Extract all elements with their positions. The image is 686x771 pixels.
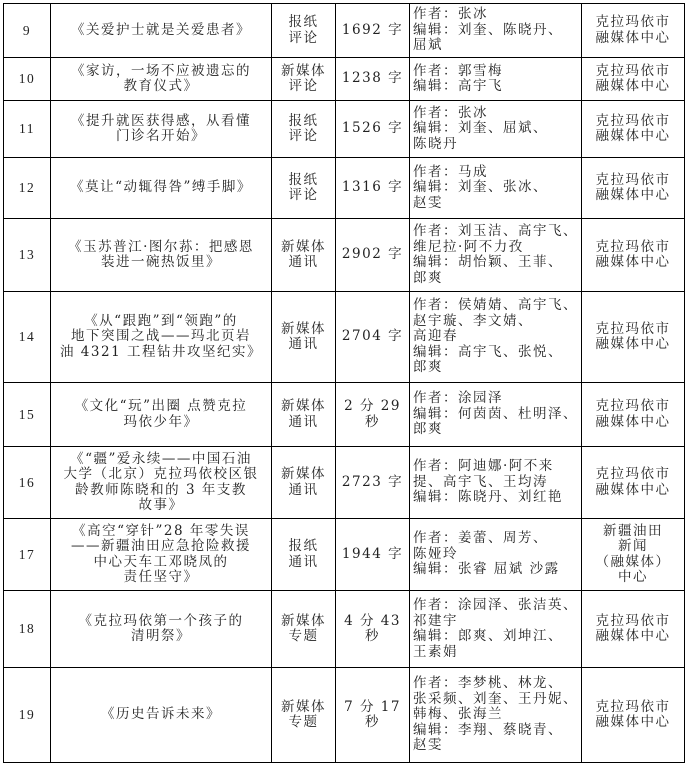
entry-title-line: 教育仪式》 xyxy=(54,79,268,95)
entry-genre-cell: 新媒体专题 xyxy=(272,591,336,668)
table-body: 9《关爱护士就是关爱患者》报纸评论1692 字作者：张冰编辑：刘奎、陈晓丹、屈斌… xyxy=(4,4,685,763)
entry-length-cell: 1944 字 xyxy=(336,519,410,591)
entry-genre-line: 评论 xyxy=(275,129,332,145)
entry-credits-line: 赵雯 xyxy=(413,738,578,754)
entry-credits-line: 作者：侯婧婧、高宇飞、 xyxy=(413,298,578,314)
entry-credits-line: 作者：郭雪梅 xyxy=(413,64,578,80)
entry-publisher-line: 克拉玛依市 xyxy=(585,322,681,338)
entry-credits-line: 编辑：胡怡颖、王菲、 xyxy=(413,255,578,271)
table-row: 19《历史告诉未来》新媒体专题7 分 17秒作者：李梦桃、林龙、张采频、刘奎、王… xyxy=(4,668,685,763)
entry-publisher-cell: 克拉玛依市融媒体中心 xyxy=(582,591,685,668)
entry-number-cell: 13 xyxy=(4,219,51,292)
entry-title-cell: 《从“跟跑”到“领跑”的地下突围之战——玛北页岩油 4321 工程钻井攻坚纪实》 xyxy=(51,292,272,383)
entry-credits-line: 作者：李梦桃、林龙、 xyxy=(413,676,578,692)
entry-length-line: 秒 xyxy=(339,715,406,731)
entry-publisher-cell: 克拉玛依市融媒体中心 xyxy=(582,292,685,383)
entry-title-cell: 《文化“玩”出圈 点赞克拉玛依少年》 xyxy=(51,383,272,447)
entry-credits-line: 陈晓丹 xyxy=(413,137,578,153)
entry-number-cell: 18 xyxy=(4,591,51,668)
entry-credits-line: 郎爽 xyxy=(413,271,578,287)
entry-title-cell: 《克拉玛依第一个孩子的清明祭》 xyxy=(51,591,272,668)
entry-credits-line: 王素娟 xyxy=(413,645,578,661)
entry-credits-cell: 作者：刘玉洁、高宇飞、维尼拉·阿不力孜编辑：胡怡颖、王菲、郎爽 xyxy=(410,219,582,292)
entry-title-cell: 《“疆”爱永续——中国石油大学（北京）克拉玛依校区银龄教师陈晓和的 3 年支教故… xyxy=(51,447,272,519)
entry-credits-line: 编辑：何茵茵、杜明泽、 xyxy=(413,407,578,423)
entry-credits-line: 郎爽 xyxy=(413,360,578,376)
award-table-page: 9《关爱护士就是关爱患者》报纸评论1692 字作者：张冰编辑：刘奎、陈晓丹、屈斌… xyxy=(3,3,685,763)
entry-length-line: 2 分 29 xyxy=(339,399,406,415)
entry-title-line: 故事》 xyxy=(54,498,268,514)
entry-title-line: 《家访，一场不应被遗忘的 xyxy=(54,64,268,80)
entry-title-cell: 《历史告诉未来》 xyxy=(51,668,272,763)
entry-genre-line: 新媒体 xyxy=(275,64,332,80)
table-row: 17《高空“穿针”28 年零失误——新疆油田应急抢险救援中心天车工邓晓凤的责任坚… xyxy=(4,519,685,591)
entry-publisher-line: 克拉玛依市 xyxy=(585,614,681,630)
entry-credits-cell: 作者：涂园泽、张洁英、祁建宇编辑：郎爽、刘坤江、王素娟 xyxy=(410,591,582,668)
entry-length-line: 秒 xyxy=(339,629,406,645)
entry-genre-line: 通讯 xyxy=(275,255,332,271)
entry-title-line: 责任坚守》 xyxy=(54,570,268,586)
entry-title-line: 《文化“玩”出圈 点赞克拉 xyxy=(54,399,268,415)
entry-genre-line: 新媒体 xyxy=(275,399,332,415)
entry-publisher-line: 克拉玛依市 xyxy=(585,114,681,130)
entry-credits-line: 郎爽 xyxy=(413,422,578,438)
entry-genre-line: 专题 xyxy=(275,715,332,731)
table-row: 11《提升就医获得感，从看懂门诊名开始》报纸评论1526 字作者：张冰编辑：刘奎… xyxy=(4,101,685,158)
award-entries-table: 9《关爱护士就是关爱患者》报纸评论1692 字作者：张冰编辑：刘奎、陈晓丹、屈斌… xyxy=(3,3,685,763)
entry-length-cell: 2902 字 xyxy=(336,219,410,292)
entry-title-line: 《提升就医获得感，从看懂 xyxy=(54,114,268,130)
entry-genre-line: 报纸 xyxy=(275,539,332,555)
entry-genre-line: 新媒体 xyxy=(275,614,332,630)
entry-number-cell: 14 xyxy=(4,292,51,383)
entry-genre-line: 通讯 xyxy=(275,555,332,571)
entry-publisher-line: 克拉玛依市 xyxy=(585,64,681,80)
entry-credits-line: 张采频、刘奎、王丹妮、 xyxy=(413,692,578,708)
entry-publisher-line: 融媒体中心 xyxy=(585,415,681,431)
entry-length-cell: 1526 字 xyxy=(336,101,410,158)
entry-title-cell: 《莫让“动辄得咎”缚手脚》 xyxy=(51,158,272,219)
entry-number-cell: 17 xyxy=(4,519,51,591)
entry-publisher-line: 融媒体中心 xyxy=(585,31,681,47)
entry-title-line: 《玉苏普江·图尔荪：把感恩 xyxy=(54,240,268,256)
entry-credits-line: 陈娅玲 xyxy=(413,547,578,563)
entry-length-line: 2723 字 xyxy=(339,475,406,491)
entry-genre-line: 新媒体 xyxy=(275,700,332,716)
entry-length-line: 1316 字 xyxy=(339,180,406,196)
entry-credits-line: 编辑：刘奎、张冰、 xyxy=(413,180,578,196)
entry-credits-line: 编辑：陈晓丹、刘红艳 xyxy=(413,490,578,506)
entry-genre-cell: 新媒体通讯 xyxy=(272,383,336,447)
entry-genre-line: 通讯 xyxy=(275,483,332,499)
entry-credits-line: 作者：姜蕾、周芳、 xyxy=(413,531,578,547)
entry-publisher-line: 中心 xyxy=(585,570,681,586)
entry-genre-cell: 报纸评论 xyxy=(272,4,336,58)
entry-title-line: 清明祭》 xyxy=(54,629,268,645)
entry-genre-cell: 报纸评论 xyxy=(272,158,336,219)
entry-genre-line: 评论 xyxy=(275,79,332,95)
entry-length-line: 1692 字 xyxy=(339,23,406,39)
entry-title-line: 《“疆”爱永续——中国石油 xyxy=(54,452,268,468)
entry-publisher-cell: 克拉玛依市融媒体中心 xyxy=(582,447,685,519)
entry-genre-cell: 新媒体通讯 xyxy=(272,292,336,383)
table-row: 12《莫让“动辄得咎”缚手脚》报纸评论1316 字作者：马成编辑：刘奎、张冰、赵… xyxy=(4,158,685,219)
table-row: 15《文化“玩”出圈 点赞克拉玛依少年》新媒体通讯2 分 29秒作者：涂园泽编辑… xyxy=(4,383,685,447)
entry-length-cell: 2704 字 xyxy=(336,292,410,383)
entry-title-line: 地下突围之战——玛北页岩 xyxy=(54,329,268,345)
entry-length-line: 1526 字 xyxy=(339,121,406,137)
entry-length-cell: 2 分 29秒 xyxy=(336,383,410,447)
entry-genre-line: 新媒体 xyxy=(275,240,332,256)
entry-publisher-cell: 克拉玛依市融媒体中心 xyxy=(582,158,685,219)
entry-credits-cell: 作者：李梦桃、林龙、张采频、刘奎、王丹妮、韩梅、张海兰编辑：李翔、蔡晓青、赵雯 xyxy=(410,668,582,763)
entry-publisher-cell: 克拉玛依市融媒体中心 xyxy=(582,668,685,763)
entry-publisher-line: 克拉玛依市 xyxy=(585,240,681,256)
entry-length-line: 4 分 43 xyxy=(339,614,406,630)
entry-length-line: 2902 字 xyxy=(339,247,406,263)
entry-credits-cell: 作者：郭雪梅编辑：高宇飞 xyxy=(410,58,582,101)
entry-genre-line: 评论 xyxy=(275,188,332,204)
entry-credits-line: 编辑：李翔、蔡晓青、 xyxy=(413,723,578,739)
entry-publisher-line: 融媒体中心 xyxy=(585,715,681,731)
entry-credits-line: 作者：马成 xyxy=(413,165,578,181)
entry-length-cell: 2723 字 xyxy=(336,447,410,519)
entry-credits-cell: 作者：张冰编辑：刘奎、陈晓丹、屈斌 xyxy=(410,4,582,58)
table-row: 10《家访，一场不应被遗忘的教育仪式》新媒体评论1238 字作者：郭雪梅编辑：高… xyxy=(4,58,685,101)
entry-title-line: 《从“跟跑”到“领跑”的 xyxy=(54,314,268,330)
table-row: 9《关爱护士就是关爱患者》报纸评论1692 字作者：张冰编辑：刘奎、陈晓丹、屈斌… xyxy=(4,4,685,58)
entry-title-line: 中心天车工邓晓凤的 xyxy=(54,555,268,571)
entry-length-line: 1238 字 xyxy=(339,71,406,87)
entry-length-line: 7 分 17 xyxy=(339,700,406,716)
entry-credits-line: 作者：张冰 xyxy=(413,7,578,23)
entry-title-line: 《高空“穿针”28 年零失误 xyxy=(54,524,268,540)
entry-publisher-line: 克拉玛依市 xyxy=(585,700,681,716)
entry-genre-line: 报纸 xyxy=(275,15,332,31)
entry-credits-line: 高迎春 xyxy=(413,329,578,345)
entry-credits-line: 编辑：高宇飞、张悦、 xyxy=(413,345,578,361)
table-row: 14《从“跟跑”到“领跑”的地下突围之战——玛北页岩油 4321 工程钻井攻坚纪… xyxy=(4,292,685,383)
entry-title-cell: 《关爱护士就是关爱患者》 xyxy=(51,4,272,58)
entry-title-line: 装进一碗热饭里》 xyxy=(54,255,268,271)
entry-credits-line: 作者：张冰 xyxy=(413,106,578,122)
entry-title-cell: 《家访，一场不应被遗忘的教育仪式》 xyxy=(51,58,272,101)
entry-title-line: 《历史告诉未来》 xyxy=(54,707,268,723)
entry-credits-line: 作者：涂园泽、张洁英、 xyxy=(413,598,578,614)
entry-length-line: 秒 xyxy=(339,415,406,431)
entry-publisher-line: 新闻 xyxy=(585,539,681,555)
entry-credits-line: 屈斌 xyxy=(413,38,578,54)
entry-genre-cell: 新媒体评论 xyxy=(272,58,336,101)
entry-publisher-line: 克拉玛依市 xyxy=(585,15,681,31)
entry-credits-line: 赵雯 xyxy=(413,196,578,212)
entry-title-line: 《莫让“动辄得咎”缚手脚》 xyxy=(54,180,268,196)
entry-credits-line: 韩梅、张海兰 xyxy=(413,707,578,723)
entry-genre-line: 报纸 xyxy=(275,173,332,189)
entry-publisher-cell: 新疆油田新闻（融媒体）中心 xyxy=(582,519,685,591)
entry-publisher-line: 融媒体中心 xyxy=(585,337,681,353)
entry-title-line: 《克拉玛依第一个孩子的 xyxy=(54,614,268,630)
entry-number-cell: 11 xyxy=(4,101,51,158)
entry-number-cell: 10 xyxy=(4,58,51,101)
entry-genre-line: 通讯 xyxy=(275,337,332,353)
entry-title-line: 玛依少年》 xyxy=(54,415,268,431)
entry-credits-line: 编辑：高宇飞 xyxy=(413,79,578,95)
entry-length-line: 1944 字 xyxy=(339,547,406,563)
entry-credits-line: 提、高宇飞、王均涛 xyxy=(413,475,578,491)
entry-credits-line: 编辑：刘奎、屈斌、 xyxy=(413,121,578,137)
table-row: 16《“疆”爱永续——中国石油大学（北京）克拉玛依校区银龄教师陈晓和的 3 年支… xyxy=(4,447,685,519)
entry-credits-cell: 作者：姜蕾、周芳、陈娅玲编辑：张睿 屈斌 沙露 xyxy=(410,519,582,591)
entry-genre-cell: 报纸评论 xyxy=(272,101,336,158)
entry-genre-line: 新媒体 xyxy=(275,467,332,483)
entry-title-cell: 《玉苏普江·图尔荪：把感恩装进一碗热饭里》 xyxy=(51,219,272,292)
entry-publisher-line: 融媒体中心 xyxy=(585,483,681,499)
entry-publisher-line: 新疆油田 xyxy=(585,524,681,540)
entry-credits-line: 祁建宇 xyxy=(413,614,578,630)
entry-genre-line: 专题 xyxy=(275,629,332,645)
table-row: 18《克拉玛依第一个孩子的清明祭》新媒体专题4 分 43秒作者：涂园泽、张洁英、… xyxy=(4,591,685,668)
entry-credits-cell: 作者：侯婧婧、高宇飞、赵宇璇、李文婧、高迎春编辑：高宇飞、张悦、郎爽 xyxy=(410,292,582,383)
entry-title-line: 大学（北京）克拉玛依校区银 xyxy=(54,467,268,483)
entry-publisher-cell: 克拉玛依市融媒体中心 xyxy=(582,101,685,158)
entry-publisher-line: 克拉玛依市 xyxy=(585,399,681,415)
entry-publisher-line: 融媒体中心 xyxy=(585,629,681,645)
entry-length-cell: 4 分 43秒 xyxy=(336,591,410,668)
entry-length-cell: 1238 字 xyxy=(336,58,410,101)
entry-credits-cell: 作者：张冰编辑：刘奎、屈斌、陈晓丹 xyxy=(410,101,582,158)
entry-credits-cell: 作者：阿迪娜·阿不来提、高宇飞、王均涛编辑：陈晓丹、刘红艳 xyxy=(410,447,582,519)
entry-length-cell: 1316 字 xyxy=(336,158,410,219)
entry-number-cell: 12 xyxy=(4,158,51,219)
entry-genre-line: 通讯 xyxy=(275,415,332,431)
entry-title-cell: 《提升就医获得感，从看懂门诊名开始》 xyxy=(51,101,272,158)
entry-credits-line: 作者：涂园泽 xyxy=(413,391,578,407)
entry-genre-cell: 新媒体通讯 xyxy=(272,447,336,519)
entry-publisher-cell: 克拉玛依市融媒体中心 xyxy=(582,58,685,101)
entry-credits-line: 作者：阿迪娜·阿不来 xyxy=(413,459,578,475)
table-row: 13《玉苏普江·图尔荪：把感恩装进一碗热饭里》新媒体通讯2902 字作者：刘玉洁… xyxy=(4,219,685,292)
entry-publisher-line: 克拉玛依市 xyxy=(585,173,681,189)
entry-genre-cell: 新媒体通讯 xyxy=(272,219,336,292)
entry-publisher-line: 融媒体中心 xyxy=(585,188,681,204)
entry-credits-line: 编辑：郎爽、刘坤江、 xyxy=(413,629,578,645)
entry-publisher-line: （融媒体） xyxy=(585,555,681,571)
entry-credits-cell: 作者：涂园泽编辑：何茵茵、杜明泽、郎爽 xyxy=(410,383,582,447)
entry-genre-cell: 新媒体专题 xyxy=(272,668,336,763)
entry-title-line: 门诊名开始》 xyxy=(54,129,268,145)
entry-number-cell: 15 xyxy=(4,383,51,447)
entry-credits-line: 编辑：张睿 屈斌 沙露 xyxy=(413,562,578,578)
entry-publisher-line: 融媒体中心 xyxy=(585,129,681,145)
entry-publisher-cell: 克拉玛依市融媒体中心 xyxy=(582,4,685,58)
entry-number-cell: 16 xyxy=(4,447,51,519)
entry-credits-line: 作者：刘玉洁、高宇飞、 xyxy=(413,224,578,240)
entry-credits-line: 维尼拉·阿不力孜 xyxy=(413,240,578,256)
entry-genre-line: 评论 xyxy=(275,31,332,47)
entry-length-line: 2704 字 xyxy=(339,329,406,345)
entry-publisher-cell: 克拉玛依市融媒体中心 xyxy=(582,219,685,292)
entry-number-cell: 9 xyxy=(4,4,51,58)
entry-credits-line: 编辑：刘奎、陈晓丹、 xyxy=(413,23,578,39)
entry-length-cell: 7 分 17秒 xyxy=(336,668,410,763)
entry-title-line: ——新疆油田应急抢险救援 xyxy=(54,539,268,555)
entry-title-line: 龄教师陈晓和的 3 年支教 xyxy=(54,483,268,499)
entry-title-line: 油 4321 工程钻井攻坚纪实》 xyxy=(54,345,268,361)
entry-publisher-line: 融媒体中心 xyxy=(585,79,681,95)
entry-number-cell: 19 xyxy=(4,668,51,763)
entry-credits-line: 赵宇璇、李文婧、 xyxy=(413,314,578,330)
entry-publisher-line: 融媒体中心 xyxy=(585,255,681,271)
entry-genre-line: 报纸 xyxy=(275,114,332,130)
entry-title-cell: 《高空“穿针”28 年零失误——新疆油田应急抢险救援中心天车工邓晓凤的责任坚守》 xyxy=(51,519,272,591)
entry-genre-line: 新媒体 xyxy=(275,322,332,338)
entry-publisher-cell: 克拉玛依市融媒体中心 xyxy=(582,383,685,447)
entry-title-line: 《关爱护士就是关爱患者》 xyxy=(54,23,268,39)
entry-publisher-line: 克拉玛依市 xyxy=(585,467,681,483)
entry-length-cell: 1692 字 xyxy=(336,4,410,58)
entry-credits-cell: 作者：马成编辑：刘奎、张冰、赵雯 xyxy=(410,158,582,219)
entry-genre-cell: 报纸通讯 xyxy=(272,519,336,591)
